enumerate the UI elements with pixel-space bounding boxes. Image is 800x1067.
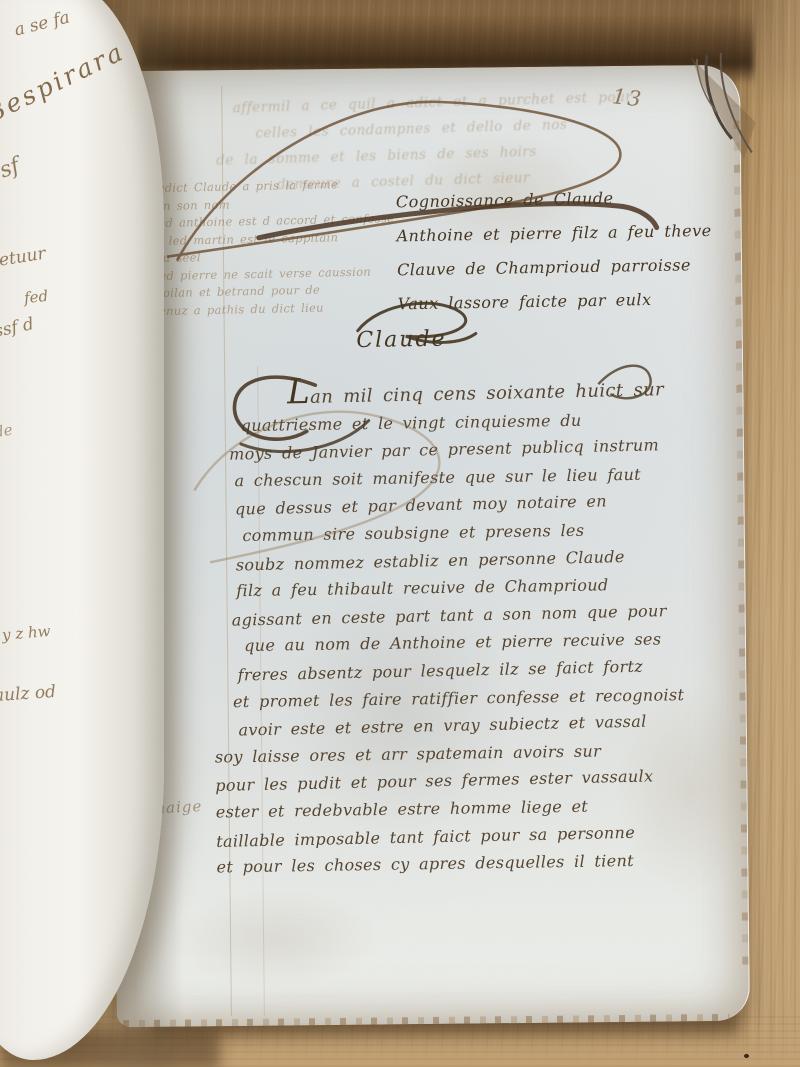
handwriting-fragment: aulz od [0,682,57,706]
wood-speck [744,1054,749,1058]
margin-annotations-block: Ledict Claude a pris la fermeen son nomL… [149,175,396,320]
handwriting-fragment: Bespirara [0,36,129,128]
handwriting-fragment: fed [23,287,49,307]
entry-heading-block: Cognoissance de ClaudeAnthoine et pierre… [396,180,714,357]
entry-body-block: Lan mil cinq cens soixante huict surquat… [233,372,687,881]
handwriting-fragment: y z hw [1,622,51,644]
handwriting-fragment: ssf d [0,314,36,342]
text-line: Claude [356,318,714,358]
handwriting-fragment: petuur [0,244,47,273]
left-page: a se fa Bespirara sf petuur fed ssf d de… [0,0,164,1060]
text-line: Clauve de Champrioud parroisse [397,248,713,287]
handwriting-fragment: a se fa [12,8,71,41]
text-line: Vaux lassore faicte par eulx [397,282,713,321]
handwriting-fragment: sf [0,153,23,183]
paper-stain [170,889,381,991]
right-page: 13 affermil a ce quil a adict et a purch… [107,65,750,1028]
text-line: Anthoine et pierre filz a feu theve [396,214,712,253]
manuscript-photo: a se fa Bespirara sf petuur fed ssf d de… [0,0,800,1067]
handwriting-fragment: de [0,421,14,442]
text-line: Cognoissance de Claude [396,180,712,219]
